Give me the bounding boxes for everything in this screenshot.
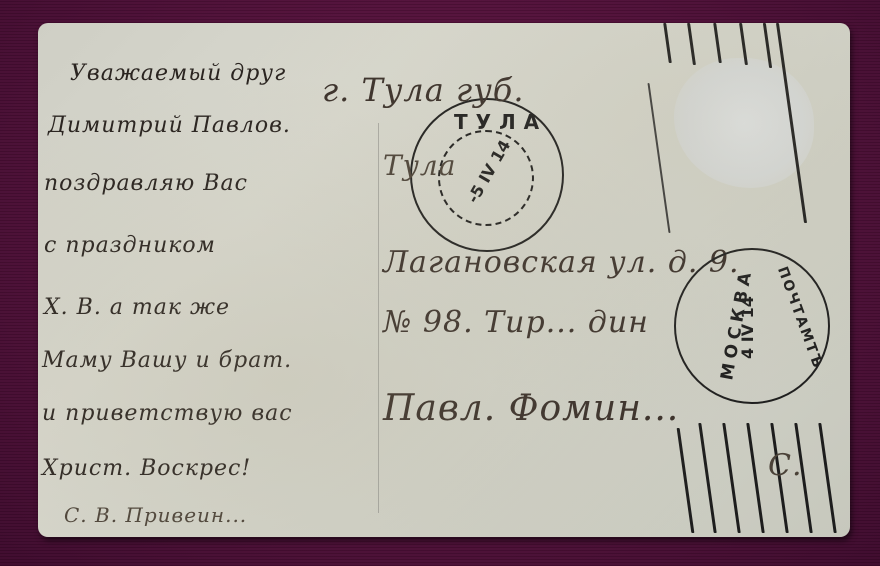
- message-signature: С. В. Привеин...: [64, 503, 247, 527]
- postcard: Уважаемый друг Димитрий Павлов. поздравл…: [38, 23, 850, 537]
- moscow-postmark: МОСКВА ПОЧТАМТЪ 4 IV 14: [674, 248, 830, 404]
- address-line-1: г. Тула губ.: [322, 71, 524, 109]
- address-line-3: Лагановская ул. д. 9.: [383, 245, 740, 280]
- message-line-4: с праздником: [44, 233, 216, 258]
- message-line-1: Уважаемый друг: [70, 61, 286, 86]
- message-line-2: Димитрий Павлов.: [48, 113, 291, 138]
- message-line-6: Маму Вашу и брат.: [42, 348, 292, 373]
- postcard-center-divider: [378, 123, 379, 513]
- address-line-6: С.: [768, 448, 803, 483]
- message-line-7: и приветствую вас: [42, 401, 293, 426]
- address-line-2: Тула: [383, 149, 456, 182]
- tula-postmark-city: ТУЛА: [454, 110, 547, 134]
- message-line-5: Х. В. а так же: [44, 295, 230, 320]
- message-line-8: Христ. Воскрес!: [42, 456, 251, 481]
- message-line-3: поздравляю Вас: [44, 171, 248, 196]
- address-line-5: Павл. Фомин...: [383, 388, 679, 429]
- address-line-4: № 98. Тир... дин: [383, 305, 649, 340]
- moscow-postmark-date: 4 IV 14: [738, 296, 757, 359]
- moscow-postmark-office: ПОЧТАМТЪ: [774, 265, 826, 372]
